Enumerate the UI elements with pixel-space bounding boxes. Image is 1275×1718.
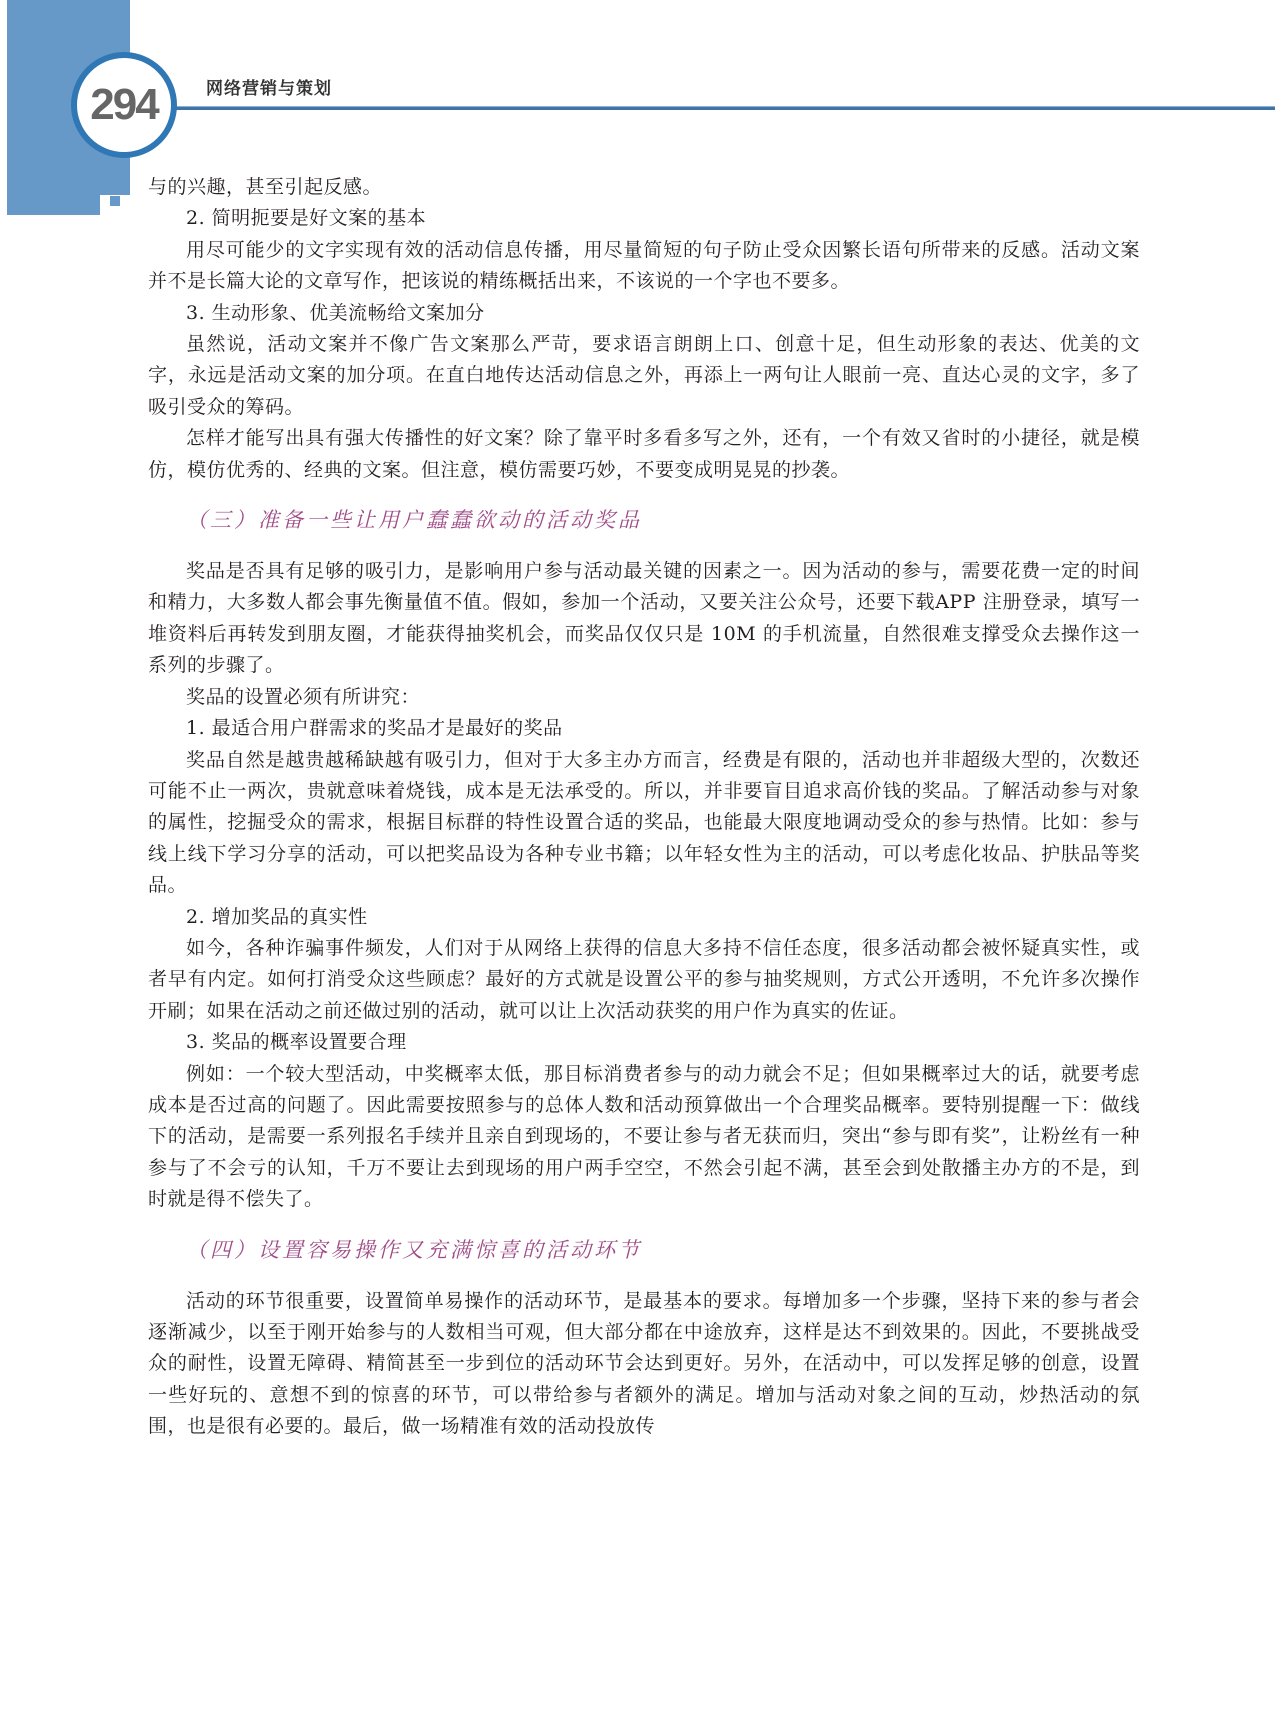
paragraph: 活动的环节很重要，设置简单易操作的活动环节，是最基本的要求。每增加多一个步骤，坚…: [148, 1286, 1140, 1443]
section-heading-4: （四）设置容易操作又充满惊喜的活动环节: [186, 1234, 1140, 1264]
running-header-title: 网络营销与策划: [206, 74, 332, 99]
paragraph: 虽然说，活动文案并不像广告文案那么严苛，要求语言朗朗上口、创意十足，但生动形象的…: [148, 329, 1140, 423]
subheading: 3. 奖品的概率设置要合理: [148, 1027, 1140, 1058]
header-rule: [160, 106, 1275, 110]
subheading: 3. 生动形象、优美流畅给文案加分: [148, 298, 1140, 329]
paragraph: 怎样才能写出具有强大传播性的好文案？除了靠平时多看多写之外，还有，一个有效又省时…: [148, 423, 1140, 486]
subheading: 2. 增加奖品的真实性: [148, 902, 1140, 933]
paragraph: 如今，各种诈骗事件频发，人们对于从网络上获得的信息大多持不信任态度，很多活动都会…: [148, 933, 1140, 1027]
subheading: 1. 最适合用户群需求的奖品才是最好的奖品: [148, 713, 1140, 744]
header-decorative-square: [110, 196, 120, 206]
page-number: 294: [90, 80, 157, 130]
paragraph: 例如：一个较大型活动，中奖概率太低，那目标消费者参与的动力就会不足；但如果概率过…: [148, 1059, 1140, 1216]
paragraph: 奖品自然是越贵越稀缺越有吸引力，但对于大多主办方而言，经费是有限的，活动也并非超…: [148, 745, 1140, 902]
paragraph: 奖品的设置必须有所讲究：: [148, 682, 1140, 713]
page-body: 与的兴趣，甚至引起反感。 2. 简明扼要是好文案的基本 用尽可能少的文字实现有效…: [148, 172, 1140, 1443]
paragraph: 用尽可能少的文字实现有效的活动信息传播，用尽量简短的句子防止受众因繁长语句所带来…: [148, 235, 1140, 298]
section-heading-3: （三）准备一些让用户蠢蠢欲动的活动奖品: [186, 504, 1140, 534]
header-decorative-step: [100, 185, 130, 195]
subheading: 2. 简明扼要是好文案的基本: [148, 203, 1140, 234]
page-number-badge: 294: [71, 52, 177, 158]
paragraph: 与的兴趣，甚至引起反感。: [148, 172, 1140, 203]
paragraph: 奖品是否具有足够的吸引力，是影响用户参与活动最关键的因素之一。因为活动的参与，需…: [148, 556, 1140, 682]
